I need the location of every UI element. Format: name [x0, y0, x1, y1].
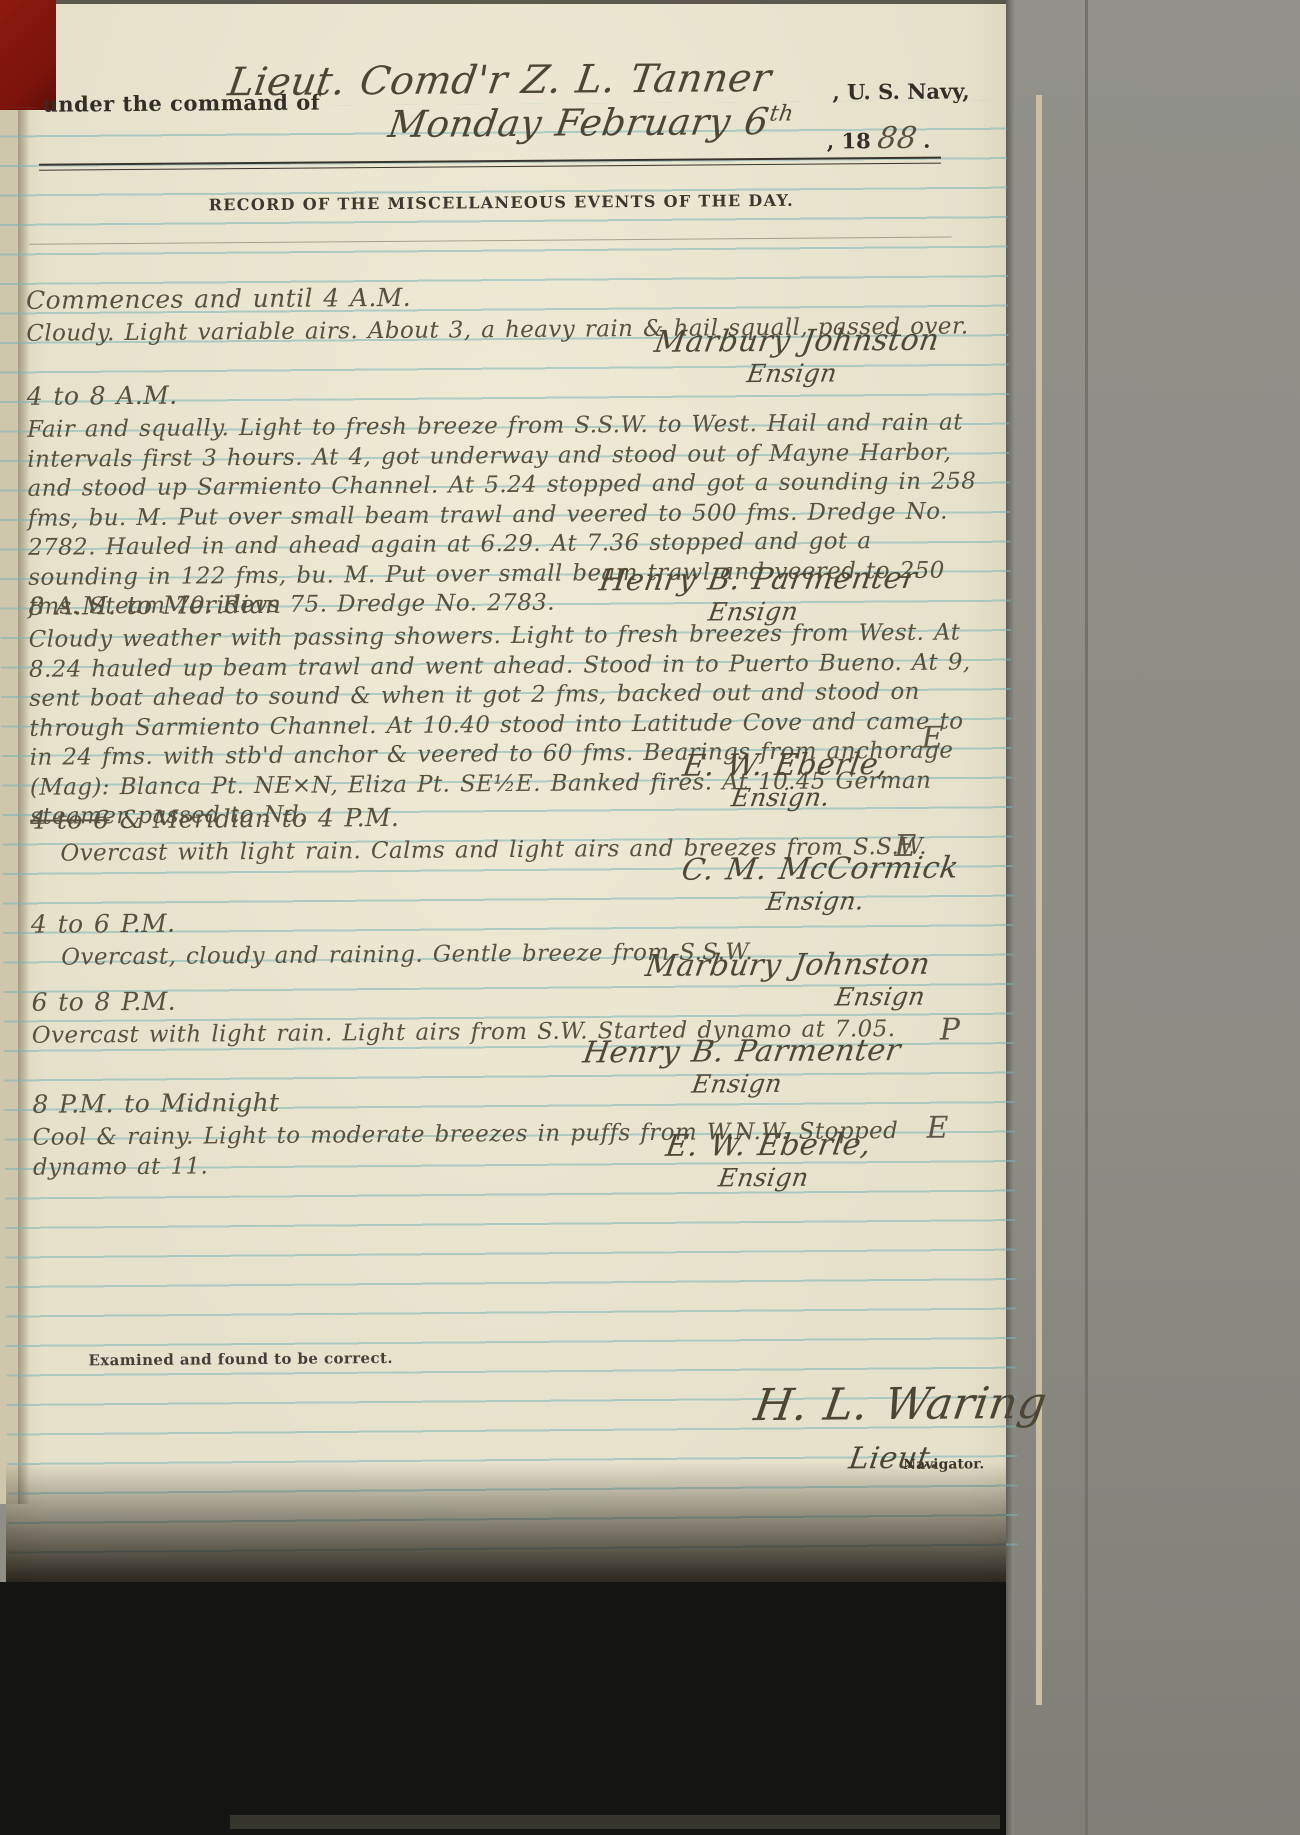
entry-heading: 6 to 8 P.M.: [31, 980, 987, 1018]
scan-bottom-band: [0, 1582, 1006, 1835]
margin-initial: E: [926, 1111, 948, 1146]
date-word: Monday February: [385, 100, 733, 146]
signature-name: Marbury Johnston: [643, 947, 933, 984]
margin-initial: E: [921, 721, 943, 756]
page-bottom-sliver: [230, 1815, 1000, 1829]
page-bottom-shadow: [6, 1462, 1006, 1582]
page-stack-edge: [1036, 95, 1042, 1705]
date-handwritten: Monday February 6th: [385, 100, 795, 146]
page-content: under the command of Lieut. Comd'r Z. L.…: [0, 0, 1012, 1582]
signature: E. W. Eberle, Ensign: [659, 1127, 874, 1193]
watch-entry-meridian-to-4pm: 4 to 6 & Meridian to 4 P.M. Overcast wit…: [30, 798, 986, 869]
printed-year-prefix: , 18: [827, 128, 871, 153]
entry-heading: 8 A.M. to Meridian: [28, 584, 984, 622]
printed-us-navy-label: , U. S. Navy,: [832, 78, 969, 104]
entry-heading-rest: & Meridian to 4 P.M.: [109, 803, 399, 834]
watch-entry-4-to-6pm: 4 to 6 P.M. Overcast, cloudy and raining…: [31, 902, 987, 973]
logbook-page: under the command of Lieut. Comd'r Z. L.…: [6, 0, 1006, 1582]
watch-entry-8pm-to-midnight: 8 P.M. to Midnight Cool & rainy. Light t…: [32, 1082, 989, 1183]
watch-entry-6-to-8pm: 6 to 8 P.M. Overcast with light rain. Li…: [31, 980, 987, 1051]
examined-statement: Examined and found to be correct.: [88, 1349, 393, 1369]
entry-heading-struck: 4 to 6: [30, 805, 109, 835]
year-handwritten: 88: [875, 121, 919, 156]
navigator-signature: H. L. Waring: [751, 1378, 1050, 1431]
logbook-scan: under the command of Lieut. Comd'r Z. L.…: [0, 0, 1300, 1835]
date-ordinal: th: [768, 101, 796, 126]
entry-heading: Commences and until 4 A.M.: [26, 278, 982, 316]
signature-name: E. W. Eberle,: [680, 747, 890, 784]
date-day: 6: [741, 100, 771, 143]
scanner-bed: [1006, 0, 1300, 1835]
signature-name: Henry B. Parmenter: [581, 1033, 903, 1071]
watch-entry-8am-to-meridian: 8 A.M. to Meridian Cloudy weather with p…: [28, 584, 986, 832]
entry-heading: 4 to 6 P.M.: [31, 902, 987, 940]
entry-heading: 4 to 6 & Meridian to 4 P.M.: [30, 798, 986, 836]
year-line: , 18 88 .: [827, 121, 931, 157]
printed-period: .: [923, 128, 931, 153]
signature-name: Marbury Johnston: [652, 323, 942, 360]
scanner-bed-seam: [1085, 0, 1088, 1835]
signature-name: C. M. McCormick: [680, 850, 962, 887]
entry-heading: 8 P.M. to Midnight: [32, 1082, 988, 1120]
margin-initial: E: [894, 829, 916, 864]
commander-name-handwritten: Lieut. Comd'r Z. L. Tanner: [225, 56, 774, 105]
signature-name: E. W. Eberle,: [663, 1127, 873, 1164]
watch-entry-commences-to-4am: Commences and until 4 A.M. Cloudy. Light…: [26, 278, 982, 349]
signature-rank: Ensign: [659, 1162, 868, 1193]
margin-initial: P: [940, 1013, 960, 1048]
entry-heading: 4 to 8 A.M.: [27, 374, 983, 412]
